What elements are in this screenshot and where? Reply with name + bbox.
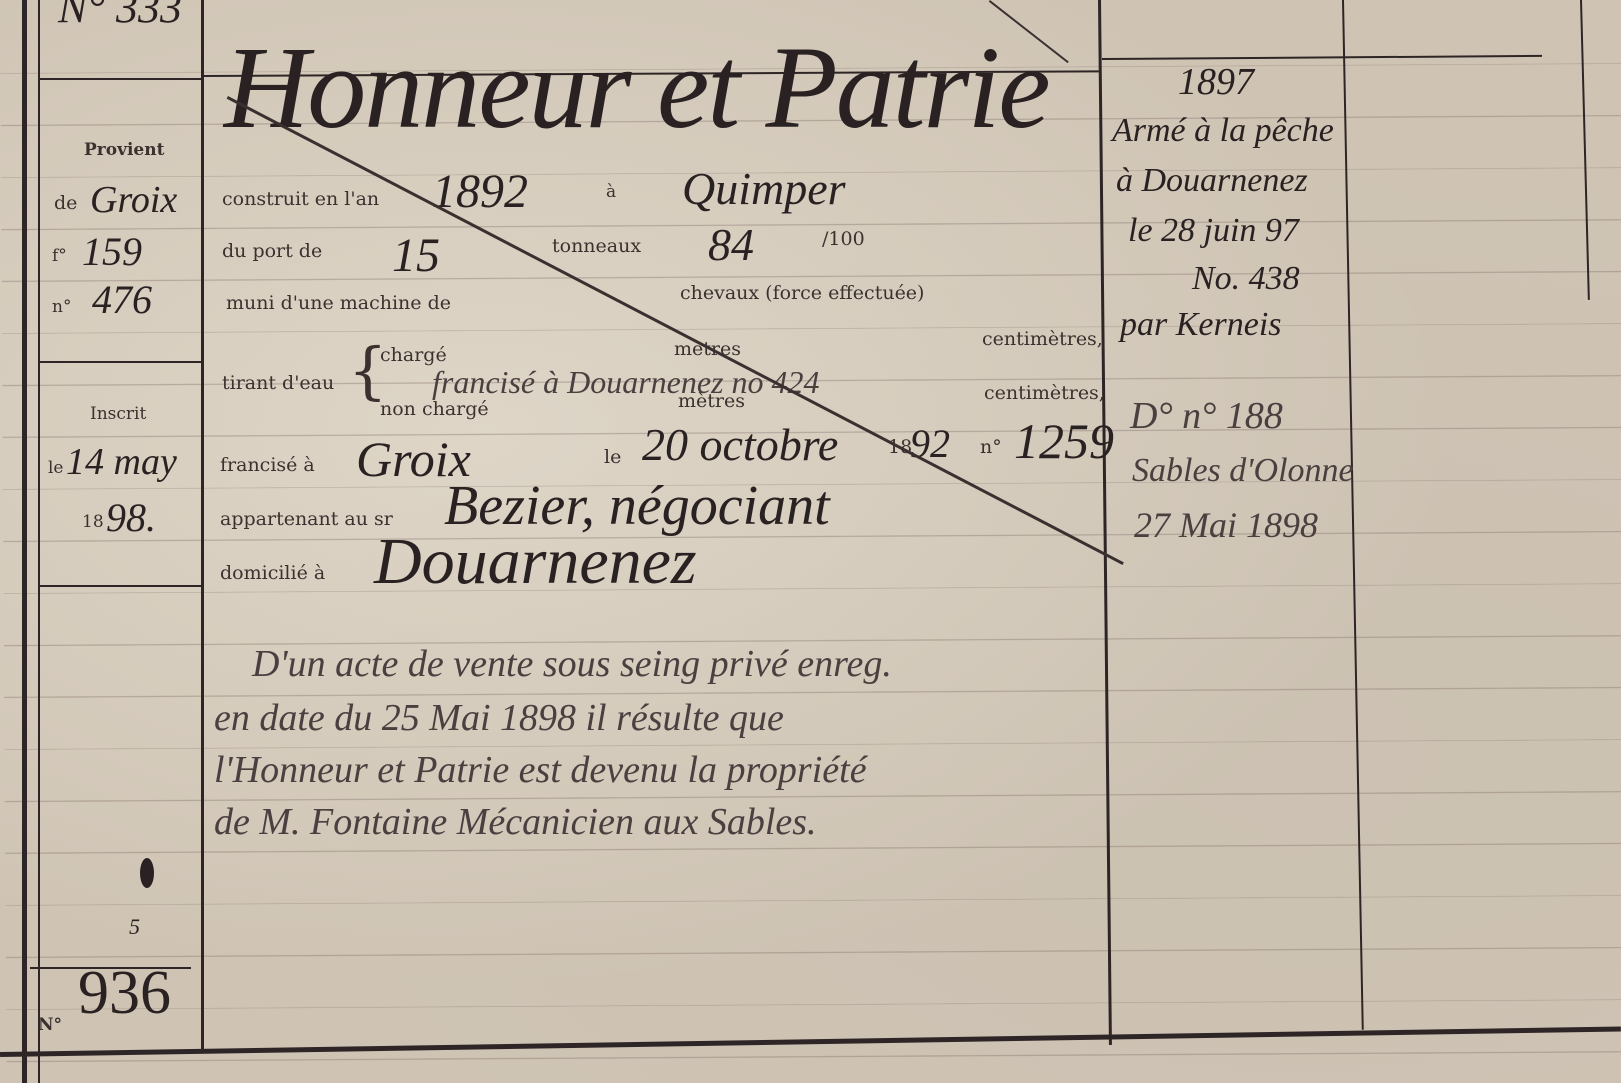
right-line-5: No. 438 xyxy=(1192,260,1300,298)
rule-left-1 xyxy=(40,361,201,363)
centiemes-label: /100 xyxy=(822,228,865,250)
right-line-1: 1897 xyxy=(1178,60,1254,104)
inscrit-label: Inscrit xyxy=(90,404,146,424)
bottom-number-value: 936 xyxy=(78,958,171,1029)
right-line-7: D° n° 188 xyxy=(1130,394,1283,438)
chevaux-label: chevaux (force effectuée) xyxy=(680,282,924,304)
de-label: de xyxy=(54,192,77,214)
non-charge-label: non chargé xyxy=(380,398,489,420)
machine-label: muni d'une machine de xyxy=(226,292,451,314)
left-inner-rule xyxy=(38,0,40,1083)
right-line-6: par Kerneis xyxy=(1120,306,1282,344)
domicile-label: domicilié à xyxy=(220,562,325,584)
tonneaux-label: tonneaux xyxy=(552,235,641,257)
le-label: le xyxy=(48,458,64,478)
centimetres-label-1: centimètres, xyxy=(982,328,1103,350)
francise-no-value: 1259 xyxy=(1014,412,1114,470)
register-page: N° 333 Provient de Groix f° 159 n° 476 I… xyxy=(0,0,1621,1083)
year-prefix: 18 xyxy=(82,512,104,532)
footnote-mark: 5 xyxy=(129,914,140,940)
note-line-1: D'un acte de vente sous seing privé enre… xyxy=(252,642,892,686)
provient-label: Provient xyxy=(84,140,164,160)
note-line-4: de M. Fontaine Mécanicien aux Sables. xyxy=(214,800,817,844)
construit-label: construit en l'an xyxy=(222,188,379,210)
inscrit-date: 14 may xyxy=(66,440,177,484)
rule-top-left xyxy=(40,78,201,80)
note-line-2: en date du 25 Mai 1898 il résulte que xyxy=(214,696,784,740)
inscrit-year: 98. xyxy=(106,494,156,541)
construit-place: Quimper xyxy=(682,162,846,215)
appartenant-label: appartenant au sr xyxy=(220,508,393,530)
folio-label: f° xyxy=(52,246,67,266)
charge-label: chargé xyxy=(380,344,447,366)
tirant-label: tirant d'eau xyxy=(222,372,334,394)
right-line-3: à Douarnenez xyxy=(1116,162,1308,200)
a-label: à xyxy=(606,182,616,202)
numero-value: 476 xyxy=(92,276,152,323)
francise-no-label: n° xyxy=(980,436,1002,458)
centimetres-label-2: centimètres, xyxy=(984,382,1105,404)
right-line-2: Armé à la pêche xyxy=(1112,112,1334,150)
port-value: 15 xyxy=(392,228,440,283)
francise-label: francisé à xyxy=(220,454,315,476)
port-label: du port de xyxy=(222,240,322,262)
francise-year: 92 xyxy=(910,420,950,467)
ink-blot xyxy=(140,858,154,888)
note-line-3: l'Honneur et Patrie est devenu la propri… xyxy=(214,748,867,792)
rule-left-2 xyxy=(40,585,201,587)
right-line-4: le 28 juin 97 xyxy=(1128,212,1299,250)
domicile-value: Douarnenez xyxy=(374,524,697,600)
francisation-note: francisé à Douarnenez no 424 xyxy=(432,364,820,401)
right-line-8: Sables d'Olonne xyxy=(1132,452,1354,490)
ship-name: Honneur et Patrie xyxy=(224,20,1049,156)
provenance-value: Groix xyxy=(90,178,177,222)
francise-date: 20 octobre xyxy=(642,418,838,471)
left-margin-rule xyxy=(22,0,27,1083)
numero-label: n° xyxy=(52,297,71,317)
entry-number-top: N° 333 xyxy=(58,0,182,33)
right-line-9: 27 Mai 1898 xyxy=(1134,504,1318,546)
bottom-number-label: N° xyxy=(38,1015,62,1035)
francise-le-label: le xyxy=(604,446,621,468)
folio-value: 159 xyxy=(82,228,142,275)
tonneaux-value: 84 xyxy=(708,218,754,271)
column-rule-1 xyxy=(201,0,204,1050)
